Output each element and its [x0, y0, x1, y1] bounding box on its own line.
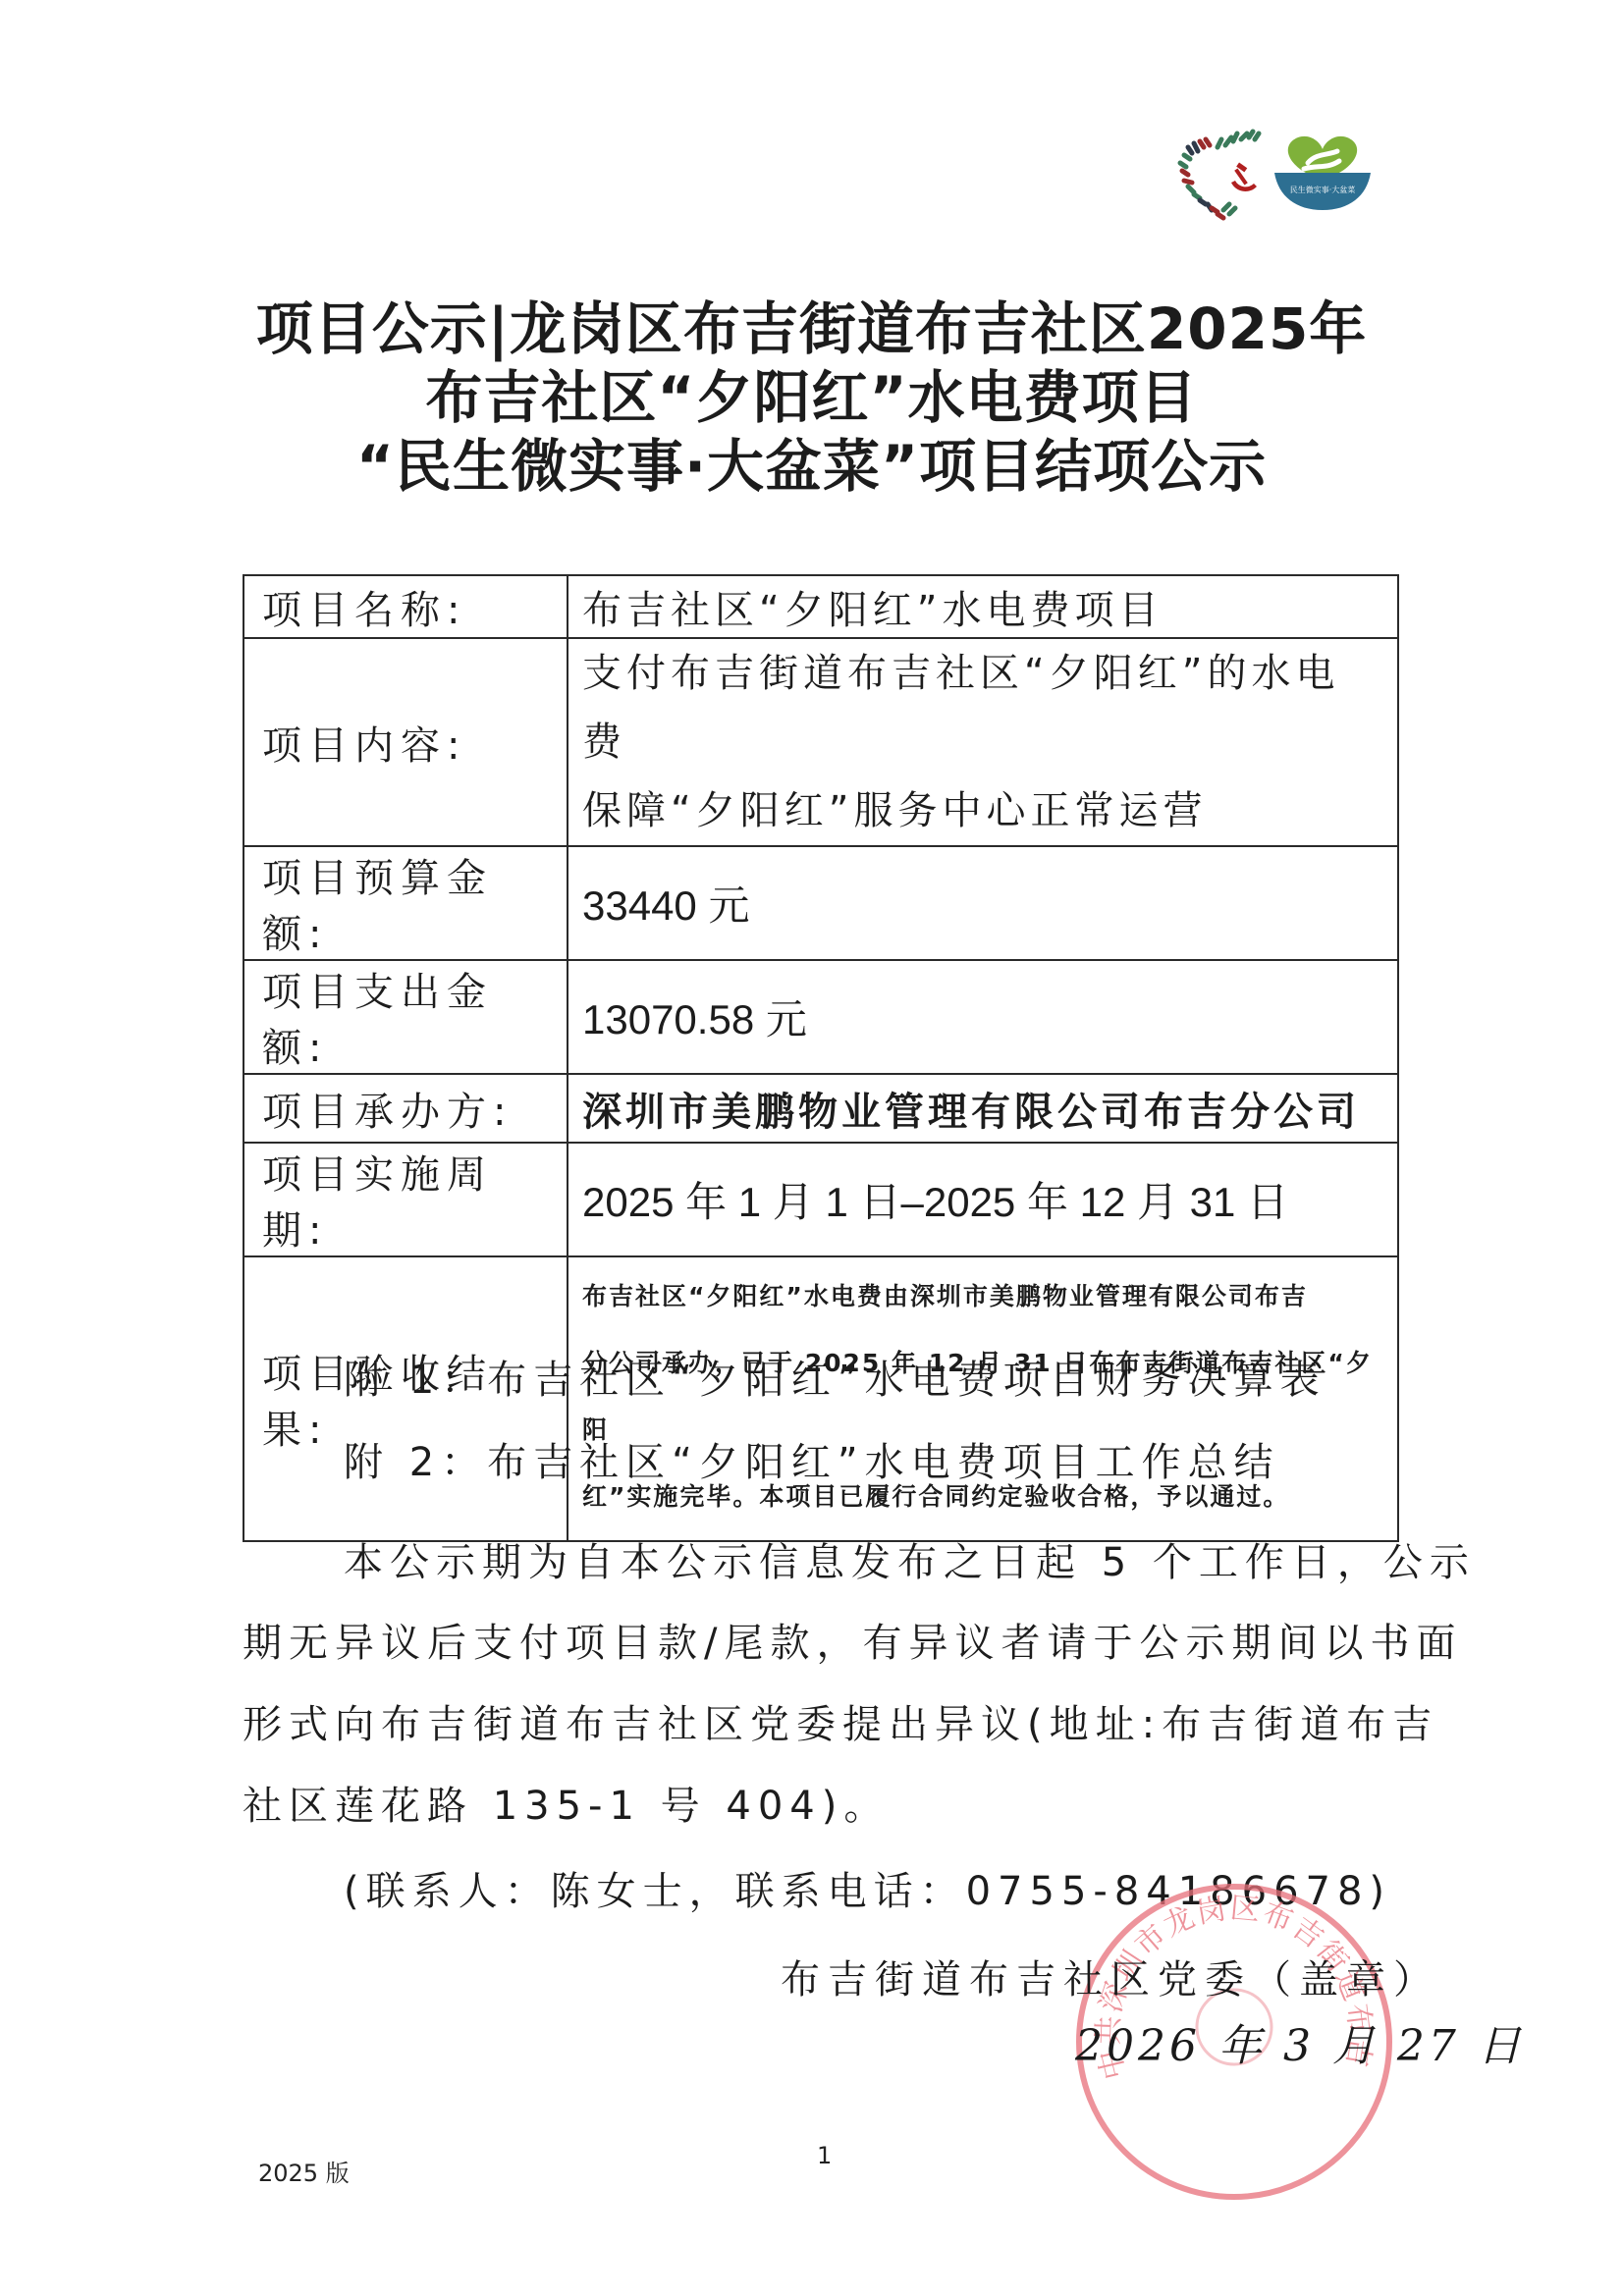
label-budget: 项目预算金额:	[243, 846, 568, 960]
label-period: 项目实施周期:	[243, 1143, 568, 1256]
table-row-project-name: 项目名称: 布吉社区“夕阳红”水电费项目	[243, 575, 1398, 638]
table-row-budget: 项目预算金额: 33440 元	[243, 846, 1398, 960]
logo-caption: 民生微实事·大盆菜	[1290, 185, 1356, 194]
value-period: 2025 年 1 月 1 日–2025 年 12 月 31 日	[568, 1143, 1398, 1256]
content-line-2: 保障“夕阳红”服务中心正常运营	[582, 776, 1383, 845]
label-expenditure: 项目支出金额:	[243, 960, 568, 1074]
heart-figures-icon	[1170, 126, 1269, 224]
value-expenditure: 13070.58 元	[568, 960, 1398, 1074]
value-project-content: 支付布吉街道布吉社区“夕阳红”的水电费 保障“夕阳红”服务中心正常运营	[568, 638, 1398, 846]
contact-info: (联系人：陈女士，联系电话：0755-84186678)	[344, 1860, 1391, 1916]
page-title-line-1: 项目公示|龙岗区布吉街道布吉社区2025年	[0, 294, 1623, 363]
acceptance-line-1: 布吉社区“夕阳红”水电费由深圳市美鹏物业管理有限公司布吉	[582, 1263, 1383, 1330]
value-budget: 33440 元	[568, 846, 1398, 960]
table-row-contractor: 项目承办方: 深圳市美鹏物业管理有限公司布吉分公司	[243, 1074, 1398, 1143]
content-line-1: 支付布吉街道布吉社区“夕阳红”的水电费	[582, 639, 1383, 776]
table-row-period: 项目实施周期: 2025 年 1 月 1 日–2025 年 12 月 31 日	[243, 1143, 1398, 1256]
heart-bowl-icon: 民生微实事·大盆菜	[1269, 126, 1377, 224]
label-contractor: 项目承办方:	[243, 1074, 568, 1143]
page-number: 1	[817, 2142, 832, 2169]
value-contractor: 深圳市美鹏物业管理有限公司布吉分公司	[568, 1074, 1398, 1143]
notice-line-3: 形式向布吉街道布吉社区党委提出异议(地址:布吉街道布吉	[243, 1693, 1438, 1749]
table-row-expenditure: 项目支出金额: 13070.58 元	[243, 960, 1398, 1074]
value-project-name: 布吉社区“夕阳红”水电费项目	[568, 575, 1398, 638]
footer-version: 2025 版	[258, 2154, 350, 2188]
table-row-project-content: 项目内容: 支付布吉街道布吉社区“夕阳红”的水电费 保障“夕阳红”服务中心正常运…	[243, 638, 1398, 846]
signature-date: 2026 年 3 月 27 日	[1075, 2010, 1525, 2073]
page-title-line-3: “民生微实事·大盆菜”项目结项公示	[0, 432, 1623, 501]
attachment-1: 附 1：布吉社区“夕阳红”水电费项目财务决算表	[344, 1349, 1326, 1405]
notice-line-1: 本公示期为自本公示信息发布之日起 5 个工作日，公示	[344, 1531, 1476, 1587]
page-title-line-2: 布吉社区“夕阳红”水电费项目	[0, 363, 1623, 432]
minsheng-dapencai-logo: 民生微实事·大盆菜	[1269, 126, 1377, 224]
notice-line-2: 期无异议后支付项目款/尾款，有异议者请于公示期间以书面	[243, 1612, 1462, 1668]
notice-line-4: 社区莲花路 135-1 号 404)。	[243, 1775, 890, 1831]
label-project-content: 项目内容:	[243, 638, 568, 846]
signature-organization: 布吉街道布吉社区党委（盖章）	[781, 1949, 1440, 2004]
label-project-name: 项目名称:	[243, 575, 568, 638]
attachment-2: 附 2：布吉社区“夕阳红”水电费项目工作总结	[344, 1431, 1280, 1487]
party-heart-logo	[1170, 126, 1269, 224]
